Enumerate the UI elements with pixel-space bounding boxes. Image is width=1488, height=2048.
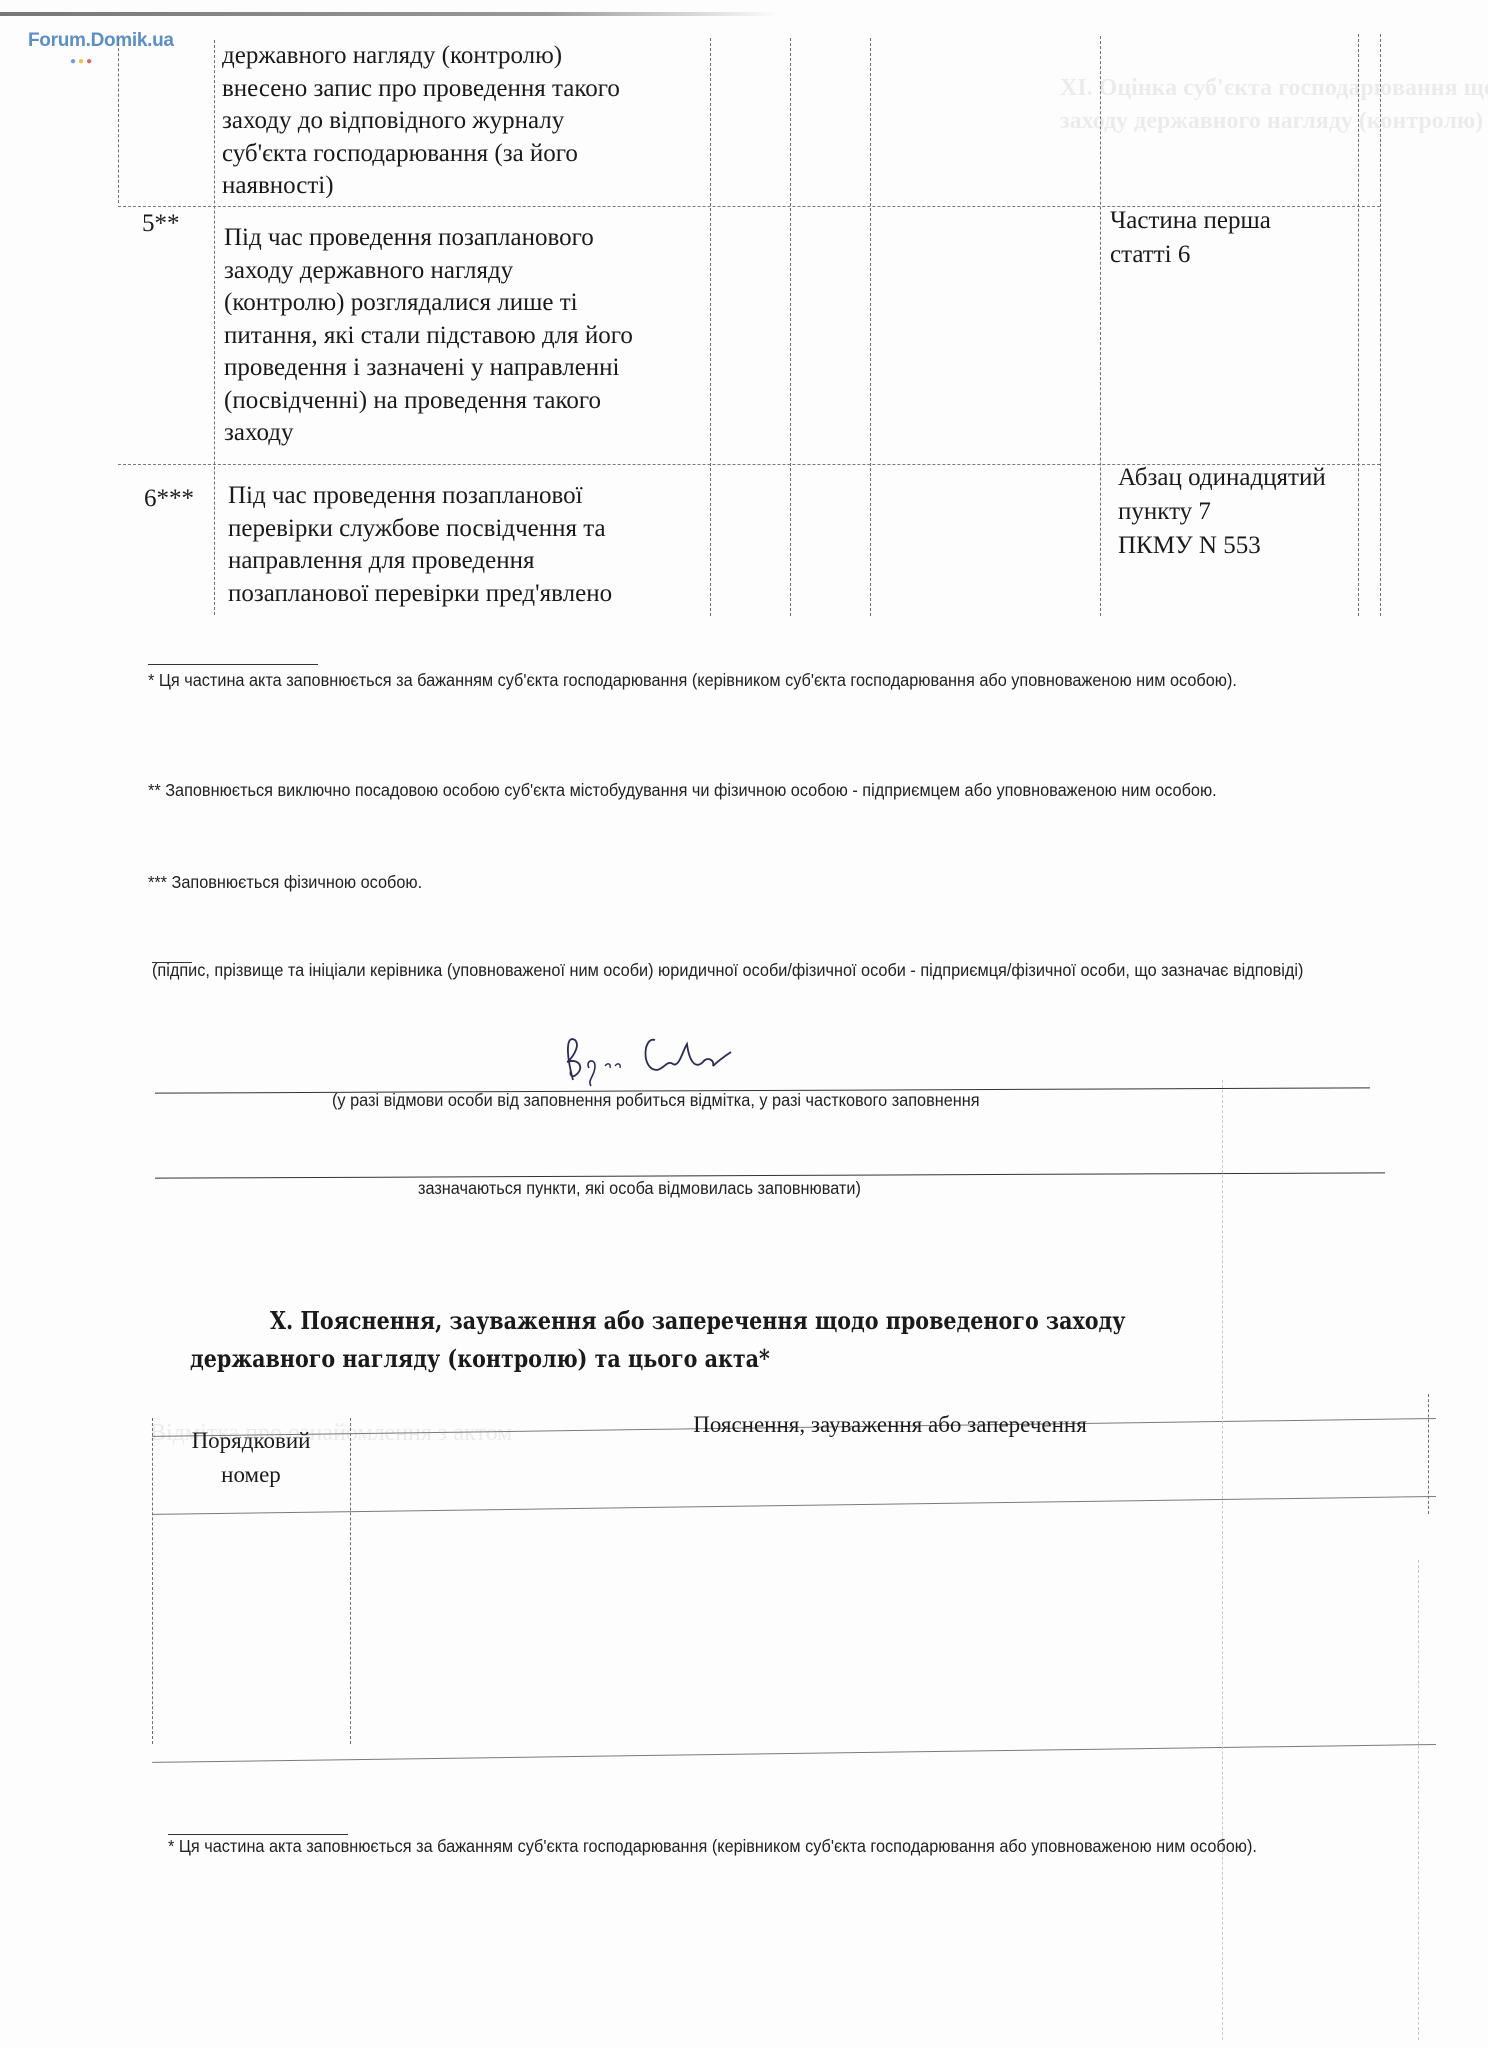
reference-line: статті 6 [1110,238,1271,272]
reference-line: ПКМУ N 553 [1118,529,1326,563]
footnote-bottom: * Ця частина акта заповнюється за бажанн… [168,1826,1368,1866]
row-text-line: питання, які стали підставою для його [224,320,633,353]
section-x-title-line-1: X. Пояснення, зауваження або заперечення… [270,1302,1125,1340]
row-text-line: заходу до відповідного журналу [222,105,620,138]
row-text-line: внесено запис про проведення такого [222,73,620,106]
reference-line: пункту 7 [1118,495,1326,529]
bleed-through-text: заходу державного нагляду (контролю) [1060,108,1483,135]
row-text-line: наявності) [222,170,620,203]
row-text-line: проведення і зазначені у направленні [224,352,633,385]
table-row: державного нагляду (контролю) внесено за… [222,40,620,203]
row-text-line: заходу державного нагляду [224,255,633,288]
row-text-line: перевірки службове посвідчення та [228,513,612,546]
table-row: Під час проведення позапланового заходу … [224,222,633,450]
bleed-through-text: XI. Оцінка суб'єкта господарювання щодо [1060,75,1488,102]
legal-reference: Частина перша статті 6 [1110,204,1271,272]
row-text-line: (посвідченні) на проведення такого [224,385,633,418]
watermark-dots: ●●● [70,56,94,67]
reference-line: Абзац одинадцятий [1118,461,1326,495]
scan-artifact-line [1418,1560,1419,2040]
legal-reference: Абзац одинадцятий пункту 7 ПКМУ N 553 [1118,461,1326,563]
footnote-3: *** Заповнюється фізичною особою. [148,862,1366,902]
row-text-line: направлення для проведення [228,545,612,578]
column-header-remarks: Пояснення, зауваження або заперечення [360,1408,1420,1442]
remarks-text-cell[interactable] [352,1510,1428,1740]
reference-line: Частина перша [1110,204,1271,238]
column-header-number: Порядковий номер [152,1424,350,1492]
section-x-title-line-2: державного нагляду (контролю) та цього а… [190,1340,770,1378]
row-text-line: заходу [224,417,633,450]
signature-caption: (підпис, прізвище та ініціали керівника … [152,950,1370,990]
footnote-2: ** Заповнюється виключно посадовою особо… [148,770,1366,810]
row-text-line: Під час проведення позапланової [228,480,612,513]
row-number: 5** [142,208,180,241]
remarks-number-cell[interactable] [154,1510,348,1740]
scan-edge [0,12,780,16]
table-row: Під час проведення позапланової перевірк… [228,480,612,610]
row-text-line: суб'єкта господарювання (за його [222,138,620,171]
refusal-note-2: зазначаються пункти, які особа відмовила… [418,1168,1162,1208]
row-text-line: позапланової перевірки пред'явлено [228,578,612,611]
header-line: номер [152,1458,350,1492]
watermark-logo: Forum.Domik.ua [28,30,174,52]
row-text-line: державного нагляду (контролю) [222,40,620,73]
refusal-note-1: (у разі відмови особи від заповнення роб… [332,1080,1262,1120]
row-text-line: Під час проведення позапланового [224,222,633,255]
row-number: 6*** [144,483,194,516]
footnote-1: * Ця частина акта заповнюється за бажанн… [148,660,1366,700]
scan-artifact-line [1222,1080,1223,2040]
row-text-line: (контролю) розглядалися лише ті [224,287,633,320]
header-line: Порядковий [152,1424,350,1458]
